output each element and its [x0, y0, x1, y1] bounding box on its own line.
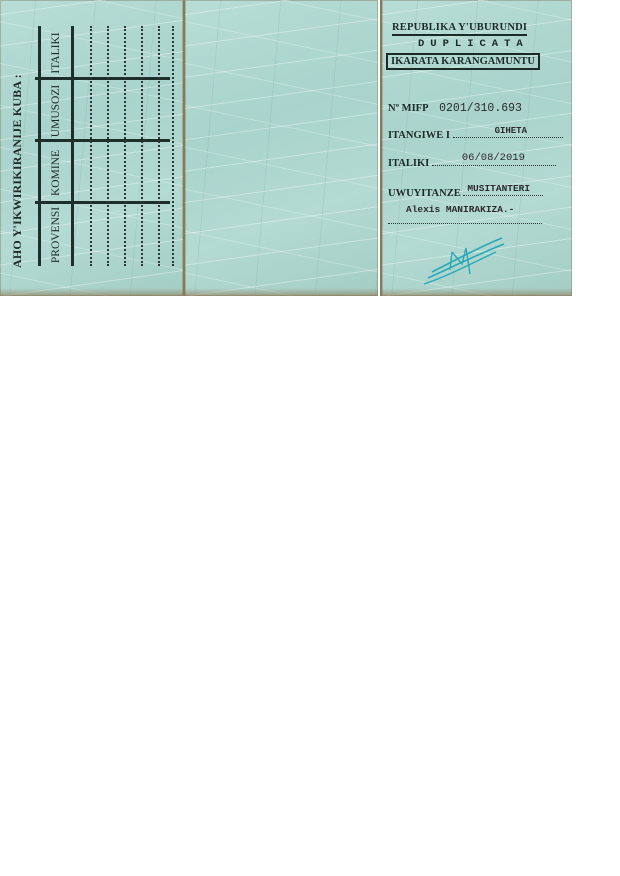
column-divider — [35, 77, 170, 80]
itangiwe-value: GIHETA — [495, 126, 527, 136]
uwuyitanze-row: UWUYITANZE MUSITANTERI — [388, 188, 566, 199]
itangiwe-label: ITANGIWE I — [388, 130, 450, 141]
mifp-value: 0201/310.693 — [439, 102, 522, 115]
col-komine: KOMINE — [41, 142, 71, 204]
col-umusozi: UMUSOZI — [41, 80, 71, 142]
itangiwe-row: ITANGIWE I GIHETA — [388, 130, 566, 141]
mifp-row: Nº MIFP 0201/310.693 — [388, 102, 566, 115]
residence-table-header: PROVENSI KOMINE UMUSOZI ITALIKI — [38, 26, 74, 266]
table-row — [124, 26, 126, 266]
residence-table-title: AHO Y'IKWIRIKIRANIJE KUBA : — [10, 74, 25, 268]
col-provensi: PROVENSI — [41, 204, 71, 266]
column-divider — [35, 201, 170, 204]
id-card: AHO Y'IKWIRIKIRANIJE KUBA : PROVENSI KOM… — [0, 0, 572, 300]
blank-line — [388, 216, 566, 227]
table-row — [90, 26, 92, 266]
table-row — [141, 26, 143, 266]
card-left-panel: AHO Y'IKWIRIKIRANIJE KUBA : PROVENSI KOM… — [0, 0, 185, 296]
table-row — [158, 26, 160, 266]
italiki-value: 06/08/2019 — [462, 152, 525, 164]
table-row — [107, 26, 109, 266]
duplicate-label: DUPLICATA — [418, 38, 529, 50]
issuer-name-row: Alexis MANIRAKIZA.- — [406, 204, 572, 215]
uwuyitanze-label: UWUYITANZE — [388, 188, 461, 199]
uwuyitanze-value: MUSITANTERI — [467, 183, 530, 194]
card-middle-panel — [185, 0, 378, 296]
col-italiki: ITALIKI — [41, 26, 71, 80]
mifp-label: Nº MIFP — [388, 103, 429, 114]
country-title: REPUBLIKA Y'UBURUNDI — [392, 22, 527, 36]
residence-table: PROVENSI KOMINE UMUSOZI ITALIKI — [38, 26, 173, 266]
residence-table-block: AHO Y'IKWIRIKIRANIJE KUBA : PROVENSI KOM… — [0, 0, 183, 296]
card-right-panel: REPUBLIKA Y'UBURUNDI DUPLICATA IKARATA K… — [380, 0, 572, 296]
issuer-name: Alexis MANIRAKIZA.- — [406, 204, 514, 215]
table-row — [172, 26, 174, 266]
italiki-row: ITALIKI 06/08/2019 — [388, 158, 566, 169]
card-title: IKARATA KARANGAMUNTU — [386, 53, 540, 70]
italiki-label: ITALIKI — [388, 158, 429, 169]
column-divider — [35, 139, 170, 142]
signature-icon — [422, 234, 512, 294]
